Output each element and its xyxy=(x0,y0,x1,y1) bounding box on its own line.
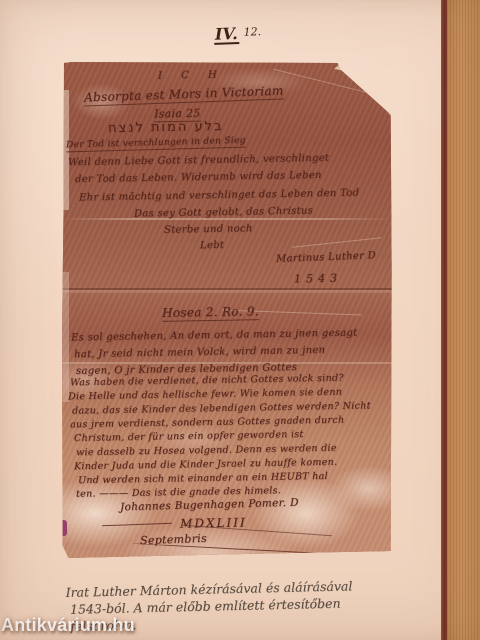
manuscript-hebrew-line: בלע המות לנצח xyxy=(108,119,224,136)
manuscript-quote-line: hat, Jr seid nicht mein Volck, wird man … xyxy=(74,345,325,360)
manuscript-body-line: der Tod das Leben. Widerumb wird das Leb… xyxy=(75,170,322,185)
manuscript-commentary-line: Kinder Juda und die Kinder Jsrael zu hau… xyxy=(74,457,338,473)
page-edge-line xyxy=(441,0,447,640)
antikvarium-watermark: Antikvárium.hu xyxy=(1,615,135,636)
heading-roman-numeral: IV. xyxy=(214,25,239,45)
german-subtitle-text: Der Tod ist verschlungen in den Sieg xyxy=(66,136,246,153)
manuscript-body-line: Sterbe und noch xyxy=(164,223,253,236)
scratch-mark xyxy=(274,69,381,97)
manuscript-body-line: Lebt xyxy=(200,240,224,251)
book-cover-edge xyxy=(447,0,480,640)
page-heading: IV. 12. xyxy=(214,24,262,45)
manuscript-commentary-line: Die Helle und das hellische fewr. Wie ko… xyxy=(68,387,342,403)
book-page: IV. 12. I C H Absorpta est Mors in Victo… xyxy=(0,0,480,640)
section-heading-text: Hosea 2. Ro. 9. xyxy=(162,304,259,322)
crease-line xyxy=(62,288,392,290)
manuscript-photo: I C H Absorpta est Mors in Victoriam Isa… xyxy=(62,62,392,558)
manuscript-commentary-line: wie dasselb zu Hosea volgend. Denn es we… xyxy=(76,443,337,459)
manuscript-scripture-ref: Isaia 25 xyxy=(154,107,201,121)
manuscript-body-line: Ehr ist mächtig und verschlinget das Leb… xyxy=(79,188,359,204)
scratch-mark xyxy=(292,237,382,247)
latin-title-text: Absorpta est Mors in Victoriam xyxy=(84,84,284,107)
torn-edge-highlight xyxy=(62,272,69,402)
ink-stain xyxy=(62,520,67,536)
manuscript-commentary-line: Christum, der für uns ein opfer geworden… xyxy=(74,429,304,444)
pen-flourish xyxy=(132,543,362,556)
manuscript-german-subtitle: Der Tod ist verschlungen in den Sieg xyxy=(66,136,246,151)
manuscript-body-line: Weil denn Liebe Gott ist freundlich, ver… xyxy=(68,153,329,169)
manuscript-latin-title: Absorpta est Mors in Victoriam xyxy=(84,84,284,105)
pen-flourish xyxy=(102,523,172,526)
manuscript-year: 1543 xyxy=(294,272,342,286)
crease-line xyxy=(62,218,392,220)
manuscript-commentary-line: Und werden sich mit einander an ein HEUB… xyxy=(78,471,328,486)
manuscript-section-heading: Hosea 2. Ro. 9. xyxy=(162,304,259,320)
manuscript-quote-line: Es sol geschehen, An dem ort, da man zu … xyxy=(71,328,358,344)
heading-number: 12. xyxy=(243,25,261,39)
manuscript-monogram: I C H xyxy=(158,69,225,81)
bugenhagen-signature: Johannes Bugenhagen Pomer. D xyxy=(120,497,299,514)
luther-signature: Martinus Luther D xyxy=(276,250,376,264)
